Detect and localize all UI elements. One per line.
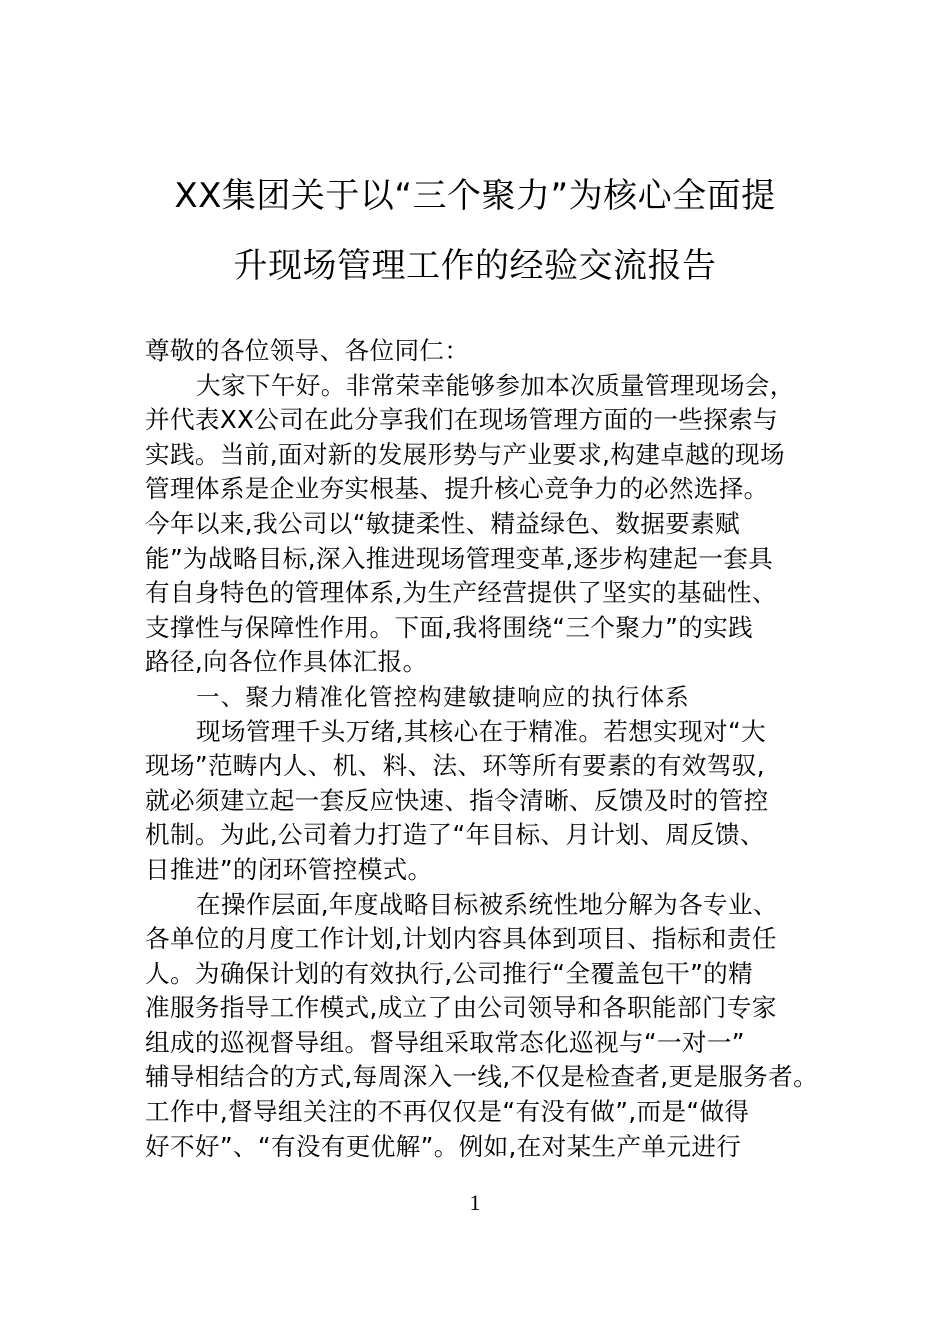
- paragraph-line: 现场管理千头万绪,其核心在于精准。若想实现对“大: [145, 715, 815, 750]
- paragraph-line: 有自身特色的管理体系,为生产经营提供了坚实的基础性、: [145, 576, 815, 611]
- paragraph-line: 组成的巡视督导组。督导组采取常态化巡视与“一对一”: [145, 1026, 815, 1061]
- paragraph-line: 好不好”、“有没有更优解”。例如,在对某生产单元进行: [145, 1130, 815, 1165]
- paragraph-line: 准服务指导工作模式,成立了由公司领导和各职能部门专家: [145, 991, 815, 1026]
- paragraph-line: 机制。为此,公司着力打造了“年目标、月计划、周反馈、: [145, 818, 815, 853]
- paragraph-line: 并代表XX公司在此分享我们在现场管理方面的一些探索与: [145, 403, 815, 438]
- paragraph-line: 就必须建立起一套反应快速、指令清晰、反馈及时的管控: [145, 784, 815, 819]
- page-number: 1: [0, 1190, 950, 1216]
- paragraph-line: 大家下午好。非常荣幸能够参加本次质量管理现场会，: [145, 369, 815, 404]
- paragraph-line: 工作中,督导组关注的不再仅仅是“有没有做”,而是“做得: [145, 1095, 815, 1130]
- paragraph-line: 今年以来,我公司以“敏捷柔性、精益绿色、数据要素赋: [145, 507, 815, 542]
- paragraph-line: 实践。当前,面对新的发展形势与产业要求,构建卓越的现场: [145, 438, 815, 473]
- paragraph-line: 支撑性与保障性作用。下面,我将围绕“三个聚力”的实践: [145, 611, 815, 646]
- paragraph-line: 现场”范畴内人、机、料、法、环等所有要素的有效驾驭,: [145, 749, 815, 784]
- document-title-line-2: 升现场管理工作的经验交流报告: [0, 246, 950, 286]
- salutation: 尊敬的各位领导、各位同仁：: [145, 334, 815, 369]
- paragraph-line: 在操作层面,年度战略目标被系统性地分解为各专业、: [145, 888, 815, 923]
- document-page: XX集团关于以“三个聚力”为核心全面提 升现场管理工作的经验交流报告 尊敬的各位…: [0, 0, 950, 1344]
- paragraph-line: 管理体系是企业夯实根基、提升核心竞争力的必然选择。: [145, 472, 815, 507]
- document-title-line-1: XX集团关于以“三个聚力”为核心全面提: [0, 176, 950, 216]
- paragraph-line: 路径,向各位作具体汇报。: [145, 645, 815, 680]
- paragraph-line: 辅导相结合的方式,每周深入一线,不仅是检查者,更是服务者。: [145, 1060, 815, 1095]
- paragraph-line: 日推进”的闭环管控模式。: [145, 853, 815, 888]
- section-heading: 一、聚力精准化管控构建敏捷响应的执行体系: [145, 680, 815, 715]
- document-body: 尊敬的各位领导、各位同仁： 大家下午好。非常荣幸能够参加本次质量管理现场会， 并…: [145, 334, 815, 1164]
- paragraph-line: 各单位的月度工作计划,计划内容具体到项目、指标和责任: [145, 922, 815, 957]
- paragraph-line: 能”为战略目标,深入推进现场管理变革,逐步构建起一套具: [145, 542, 815, 577]
- paragraph-line: 人。为确保计划的有效执行,公司推行“全覆盖包干”的精: [145, 957, 815, 992]
